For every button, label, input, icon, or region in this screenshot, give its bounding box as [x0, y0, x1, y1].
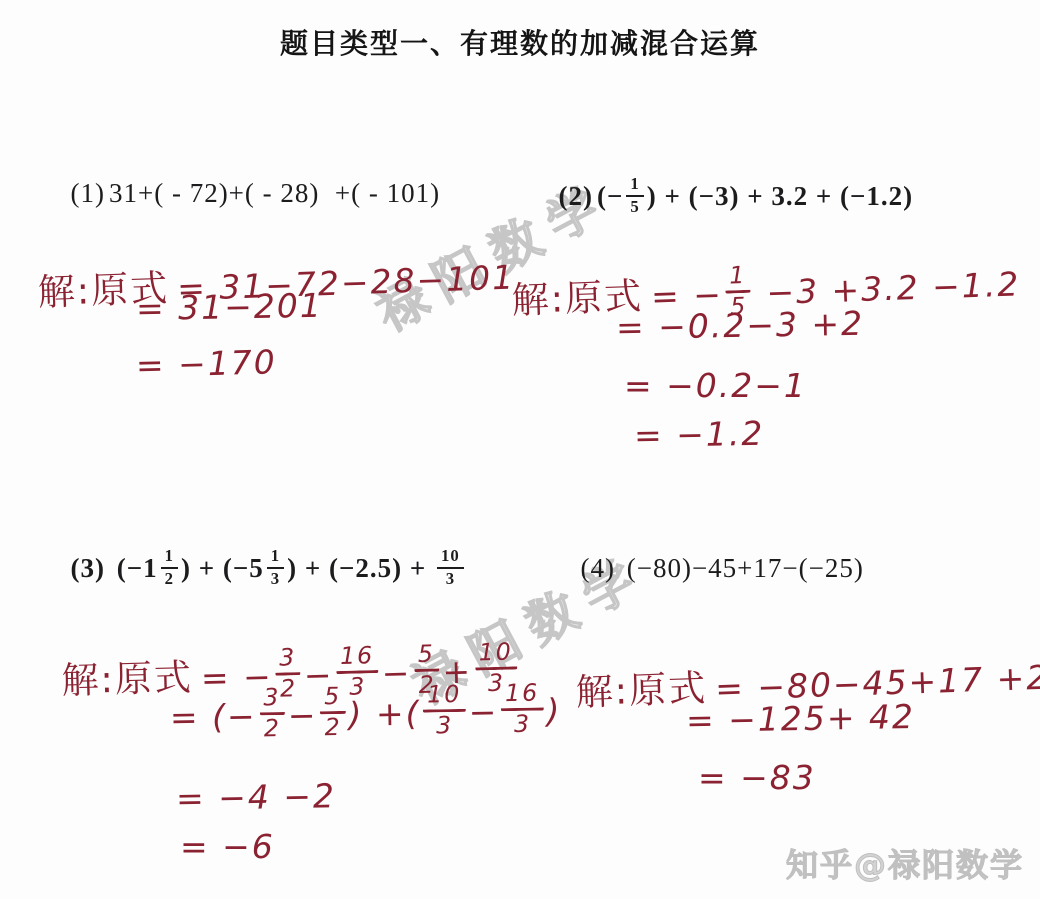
problem-2: (2)(−15) + (−3) + 3.2 + (−1.2) [543, 148, 913, 218]
problem-3-expression: (−112) + (−513) + (−2.5) + 103 [109, 553, 467, 583]
fraction-numerator: 5 [414, 643, 440, 672]
math-text: − [287, 695, 317, 735]
math-text: = −1.2 [634, 414, 765, 455]
solution-2-step-2: = −0.2−3 +2 [616, 304, 865, 347]
problem-2-number: (2) [559, 181, 593, 211]
math-text: (−80)−45+17−(−25) [619, 553, 864, 583]
problem-1-expression: 31+( - 72)+( - 28) +( - 101) [109, 178, 440, 208]
solution-4-step-2: = −125+ 42 [686, 697, 916, 740]
problem-4-number: (4) [581, 553, 615, 583]
solution-1-step-2: = 31−201 [136, 286, 323, 328]
fraction-numerator: 1 [267, 548, 284, 569]
solution-4-line-3: = −83 [698, 758, 816, 797]
fraction-numerator: 1 [725, 264, 751, 294]
math-text: = 31−201 [136, 286, 323, 328]
fraction-numerator: 10 [474, 641, 517, 671]
solution-2-line-4: = −1.2 [634, 414, 765, 455]
fraction-numerator: 16 [501, 681, 544, 710]
fraction-denominator: 2 [324, 714, 342, 740]
problem-3: (3) (−112) + (−513) + (−2.5) + 103 [55, 520, 467, 590]
math-text: (− [597, 181, 623, 211]
math-text: ) + (−5 [181, 553, 264, 583]
math-text: ) +( [348, 693, 421, 733]
fraction: 103 [423, 683, 466, 738]
watermark-footer: 知乎@禄阳数学 [786, 840, 1024, 886]
solution-4-step-3: = −83 [698, 758, 816, 797]
solution-1-step-3: = −170 [135, 342, 277, 385]
math-text: = −170 [135, 342, 277, 385]
math-text: (−1 [109, 553, 158, 583]
fraction: 103 [437, 548, 464, 587]
problem-2-expression: (−15) + (−3) + 3.2 + (−1.2) [597, 181, 913, 211]
solution-3-line-4: = −6 [180, 827, 275, 866]
solution-3-step-2: = (−32−52) +(103−163) [170, 691, 562, 737]
solution-1-line-2: = 31−201 [136, 286, 323, 328]
solution-3-step-4: = −6 [180, 827, 275, 866]
solution-2-line-2: = −0.2−3 +2 [616, 304, 865, 347]
fraction-numerator: 10 [437, 548, 464, 569]
math-text: 31+( - 72)+( - 28) +( - 101) [109, 178, 440, 208]
solution-2-line-3: = −0.2−1 [624, 366, 807, 405]
fraction-denominator: 2 [264, 715, 282, 741]
fraction-denominator: 3 [271, 569, 280, 588]
fraction-denominator: 3 [436, 712, 454, 738]
fraction: 12 [161, 548, 178, 587]
solution-3-line-3: = −4 −2 [176, 776, 337, 818]
math-text: = (− [170, 696, 257, 737]
solution-2-step-3: = −0.2−1 [624, 366, 807, 405]
problem-1: (1)31+( - 72)+( - 28) +( - 101) [55, 147, 440, 209]
problem-4-expression: (−80)−45+17−(−25) [619, 553, 864, 583]
math-text: = −6 [180, 827, 275, 866]
fraction-numerator: 5 [320, 685, 346, 714]
solution-1-line-3: = −170 [135, 342, 277, 385]
math-text: ) + (−3) + 3.2 + (−1.2) [647, 181, 913, 211]
fraction: 163 [501, 681, 544, 736]
problem-3-number: (3) [71, 553, 105, 583]
fraction-denominator: 2 [165, 569, 174, 588]
math-text: ) + (−2.5) + [287, 553, 434, 583]
math-text: = −0.2−3 +2 [616, 304, 865, 347]
fraction-numerator: 3 [275, 646, 301, 675]
math-text: − [468, 692, 498, 732]
fraction-numerator: 1 [626, 176, 643, 197]
fraction-denominator: 5 [630, 197, 639, 216]
solution-3-line-2: = (−32−52) +(103−163) [170, 685, 562, 746]
math-text: = −125+ 42 [686, 697, 916, 740]
fraction-denominator: 3 [446, 569, 455, 588]
problem-4: (4) (−80)−45+17−(−25) [565, 522, 864, 584]
fraction: 32 [259, 686, 285, 741]
fraction: 15 [626, 176, 643, 215]
math-text: = −4 −2 [176, 776, 337, 818]
math-text: = −83 [698, 758, 816, 797]
problem-1-number: (1) [71, 178, 105, 208]
fraction-numerator: 1 [161, 548, 178, 569]
solution-4-line-2: = −125+ 42 [686, 697, 916, 740]
fraction-numerator: 16 [336, 644, 379, 674]
fraction: 52 [320, 685, 346, 740]
worksheet-title: 题目类型一、有理数的加减混合运算 [0, 22, 1040, 62]
math-text: = −0.2−1 [624, 366, 807, 405]
fraction: 13 [267, 548, 284, 587]
fraction-denominator: 3 [514, 710, 532, 736]
solution-2-step-4: = −1.2 [634, 414, 765, 455]
fraction-numerator: 3 [259, 686, 285, 715]
solution-3-step-3: = −4 −2 [176, 776, 337, 818]
fraction-numerator: 10 [423, 683, 466, 712]
